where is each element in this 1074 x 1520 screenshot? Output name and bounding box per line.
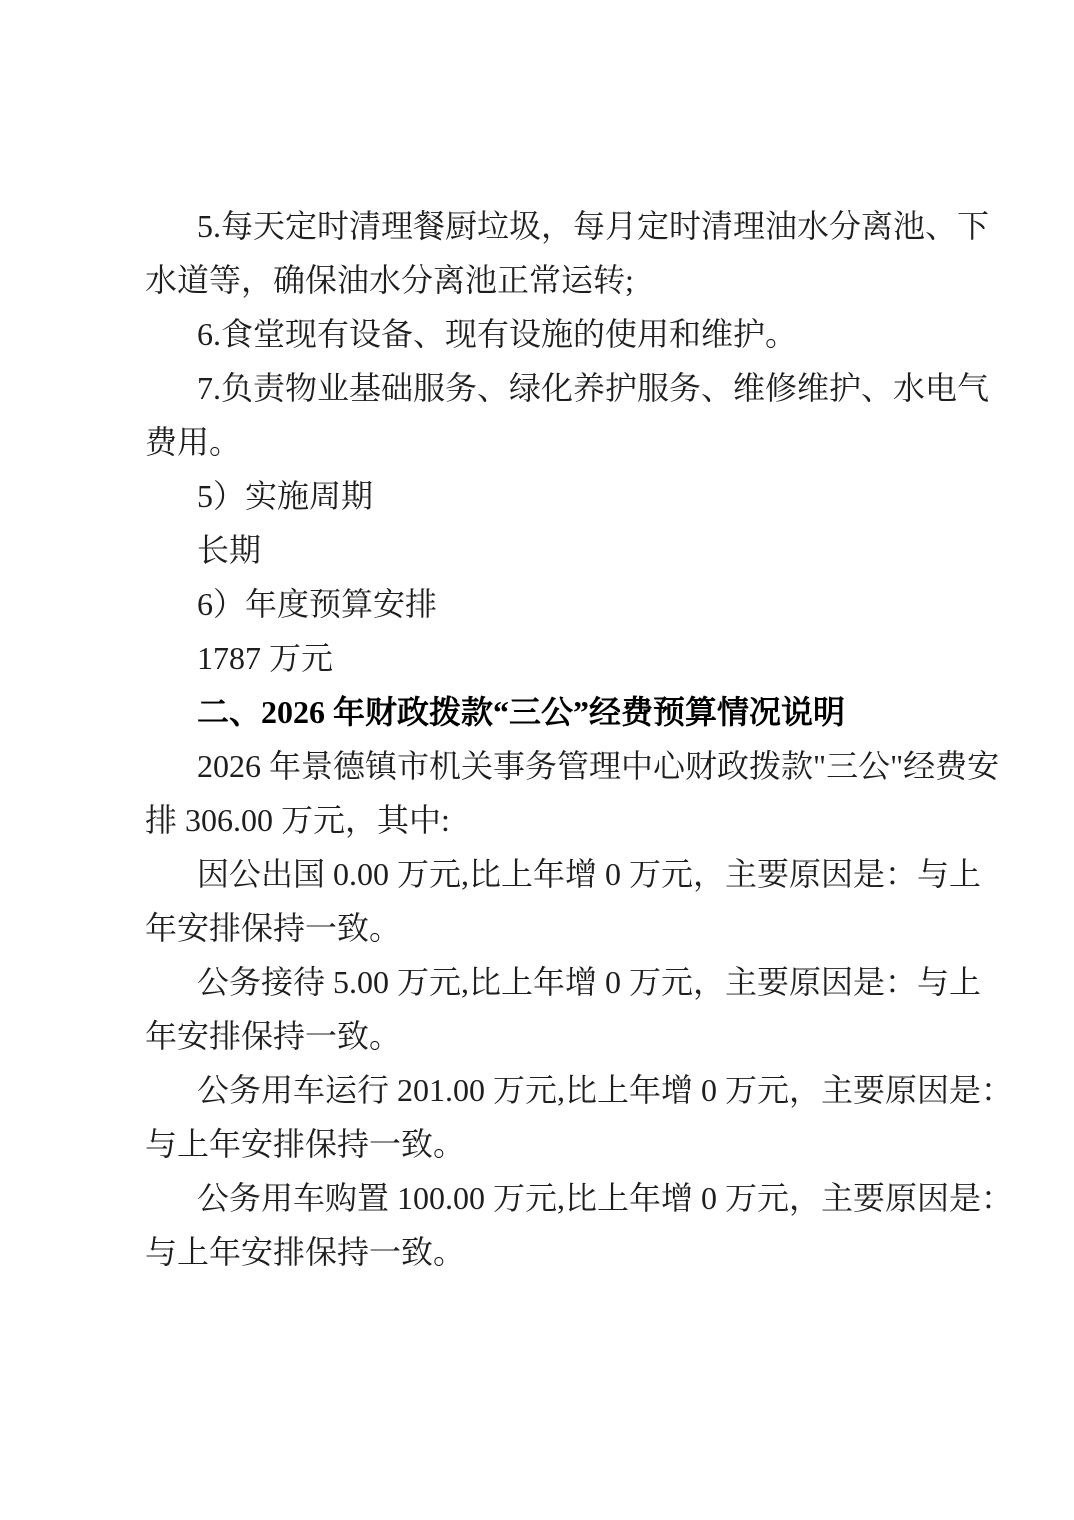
document-line: 公务用车运行 201.00 万元,比上年增 0 万元，主要原因是： [145,1063,935,1117]
document-line: 长期 [145,523,935,577]
document-line: 年安排保持一致。 [145,901,935,955]
document-line: 排 306.00 万元，其中: [145,793,935,847]
document-line: 与上年安排保持一致。 [145,1225,935,1279]
document-line: 6）年度预算安排 [145,577,935,631]
document-line: 公务用车购置 100.00 万元,比上年增 0 万元，主要原因是： [145,1171,935,1225]
document-line: 5）实施周期 [145,469,935,523]
section-heading: 二、2026 年财政拨款“三公”经费预算情况说明 [145,685,935,739]
document-line: 2026 年景德镇市机关事务管理中心财政拨款"三公"经费安 [145,739,935,793]
document-line: 5.每天定时清理餐厨垃圾，每月定时清理油水分离池、下 [145,199,935,253]
document-line: 年安排保持一致。 [145,1009,935,1063]
document-line: 公务接待 5.00 万元,比上年增 0 万元，主要原因是：与上 [145,955,935,1009]
document-line: 与上年安排保持一致。 [145,1117,935,1171]
document-page: 5.每天定时清理餐厨垃圾，每月定时清理油水分离池、下 水道等，确保油水分离池正常… [0,0,1074,1520]
document-line: 6.食堂现有设备、现有设施的使用和维护。 [145,307,935,361]
document-line: 1787 万元 [145,631,935,685]
document-line: 因公出国 0.00 万元,比上年增 0 万元，主要原因是：与上 [145,847,935,901]
document-line: 水道等，确保油水分离池正常运转; [145,253,935,307]
document-body: 5.每天定时清理餐厨垃圾，每月定时清理油水分离池、下 水道等，确保油水分离池正常… [145,199,935,1279]
document-line: 7.负责物业基础服务、绿化养护服务、维修维护、水电气 [145,361,935,415]
document-line: 费用。 [145,415,935,469]
